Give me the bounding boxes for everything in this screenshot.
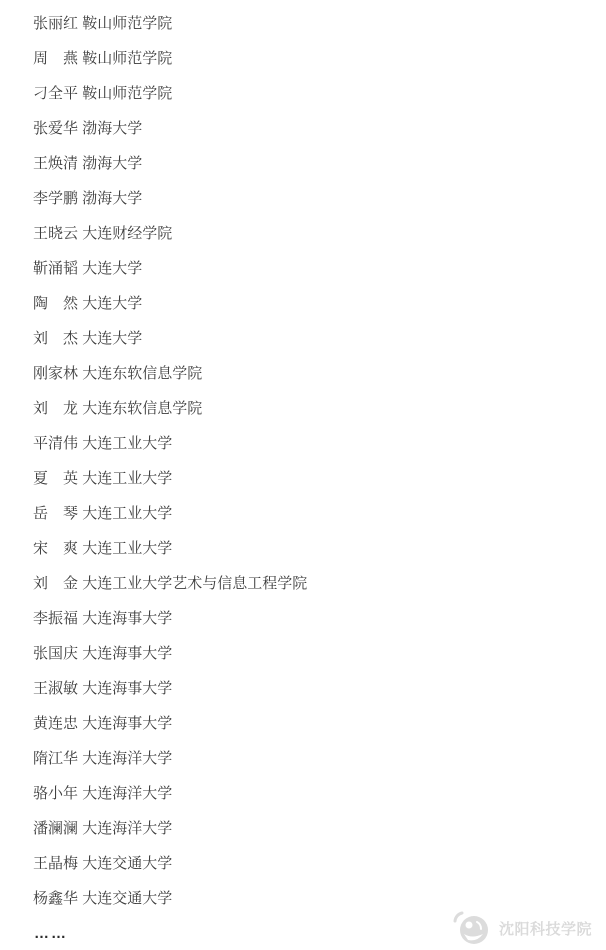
list-item: 骆小年 大连海洋大学 [33, 776, 606, 811]
person-name: 张丽红 [33, 15, 78, 32]
person-name: 刁全平 [33, 85, 78, 102]
person-name: 夏 英 [33, 470, 78, 487]
person-name: 杨鑫华 [33, 890, 78, 907]
affiliation-name: 渤海大学 [82, 155, 142, 172]
list-item: 宋 爽 大连工业大学 [33, 531, 606, 566]
person-name: 王焕清 [33, 155, 78, 172]
list-item: 刘 龙 大连东软信息学院 [33, 391, 606, 426]
affiliation-name: 鞍山师范学院 [82, 15, 172, 32]
list-item: 刚家林 大连东软信息学院 [33, 356, 606, 391]
affiliation-name: 渤海大学 [82, 120, 142, 137]
list-item: 王晓云 大连财经学院 [33, 216, 606, 251]
list-item: 李学鹏 渤海大学 [33, 181, 606, 216]
affiliation-name: 大连工业大学 [82, 435, 172, 452]
list-item: 杨鑫华 大连交通大学 [33, 881, 606, 916]
list-item: 张丽红 鞍山师范学院 [33, 6, 606, 41]
affiliation-name: 渤海大学 [82, 190, 142, 207]
list-item: 王淑敏 大连海事大学 [33, 671, 606, 706]
person-name: 陶 然 [33, 295, 78, 312]
person-name: 李振福 [33, 610, 78, 627]
list-item: 平清伟 大连工业大学 [33, 426, 606, 461]
list-item: 黄连忠 大连海事大学 [33, 706, 606, 741]
affiliation-name: 大连财经学院 [82, 225, 172, 242]
list-ellipsis: …… [0, 916, 606, 950]
list-item: 靳涌韬 大连大学 [33, 251, 606, 286]
affiliation-name: 大连东软信息学院 [82, 400, 202, 417]
person-name: 王晶梅 [33, 855, 78, 872]
affiliation-name: 大连交通大学 [82, 855, 172, 872]
list-item: 王焕清 渤海大学 [33, 146, 606, 181]
list-item: 隋江华 大连海洋大学 [33, 741, 606, 776]
person-name: 王淑敏 [33, 680, 78, 697]
list-item: 张国庆 大连海事大学 [33, 636, 606, 671]
affiliation-name: 大连工业大学 [82, 540, 172, 557]
affiliation-name: 大连工业大学艺术与信息工程学院 [82, 575, 307, 592]
affiliation-name: 大连海洋大学 [82, 750, 172, 767]
affiliation-name: 大连大学 [82, 295, 142, 312]
person-name: 潘澜澜 [33, 820, 78, 837]
affiliation-name: 大连海事大学 [82, 645, 172, 662]
person-name: 刚家林 [33, 365, 78, 382]
affiliation-name: 鞍山师范学院 [82, 85, 172, 102]
person-name: 刘 龙 [33, 400, 78, 417]
faculty-affiliation-list: 张丽红 鞍山师范学院 周 燕 鞍山师范学院 刁全平 鞍山师范学院 张爱华 渤海大… [0, 0, 606, 916]
list-item: 岳 琴 大连工业大学 [33, 496, 606, 531]
affiliation-name: 大连海事大学 [82, 715, 172, 732]
affiliation-name: 大连东软信息学院 [82, 365, 202, 382]
person-name: 岳 琴 [33, 505, 78, 522]
affiliation-name: 大连交通大学 [82, 890, 172, 907]
person-name: 隋江华 [33, 750, 78, 767]
person-name: 靳涌韬 [33, 260, 78, 277]
affiliation-name: 大连海洋大学 [82, 820, 172, 837]
person-name: 张爱华 [33, 120, 78, 137]
affiliation-name: 大连海事大学 [82, 610, 172, 627]
affiliation-name: 鞍山师范学院 [82, 50, 172, 67]
affiliation-name: 大连海事大学 [82, 680, 172, 697]
person-name: 王晓云 [33, 225, 78, 242]
person-name: 平清伟 [33, 435, 78, 452]
list-item: 王晶梅 大连交通大学 [33, 846, 606, 881]
person-name: 刘 金 [33, 575, 78, 592]
person-name: 李学鹏 [33, 190, 78, 207]
person-name: 宋 爽 [33, 540, 78, 557]
affiliation-name: 大连工业大学 [82, 505, 172, 522]
list-item: 刘 杰 大连大学 [33, 321, 606, 356]
list-item: 潘澜澜 大连海洋大学 [33, 811, 606, 846]
list-item: 刁全平 鞍山师范学院 [33, 76, 606, 111]
person-name: 周 燕 [33, 50, 78, 67]
list-item: 陶 然 大连大学 [33, 286, 606, 321]
affiliation-name: 大连大学 [82, 260, 142, 277]
person-name: 张国庆 [33, 645, 78, 662]
list-item: 张爱华 渤海大学 [33, 111, 606, 146]
list-item: 夏 英 大连工业大学 [33, 461, 606, 496]
list-item: 刘 金 大连工业大学艺术与信息工程学院 [33, 566, 606, 601]
person-name: 黄连忠 [33, 715, 78, 732]
person-name: 刘 杰 [33, 330, 78, 347]
list-item: 周 燕 鞍山师范学院 [33, 41, 606, 76]
list-item: 李振福 大连海事大学 [33, 601, 606, 636]
affiliation-name: 大连海洋大学 [82, 785, 172, 802]
affiliation-name: 大连大学 [82, 330, 142, 347]
affiliation-name: 大连工业大学 [82, 470, 172, 487]
person-name: 骆小年 [33, 785, 78, 802]
